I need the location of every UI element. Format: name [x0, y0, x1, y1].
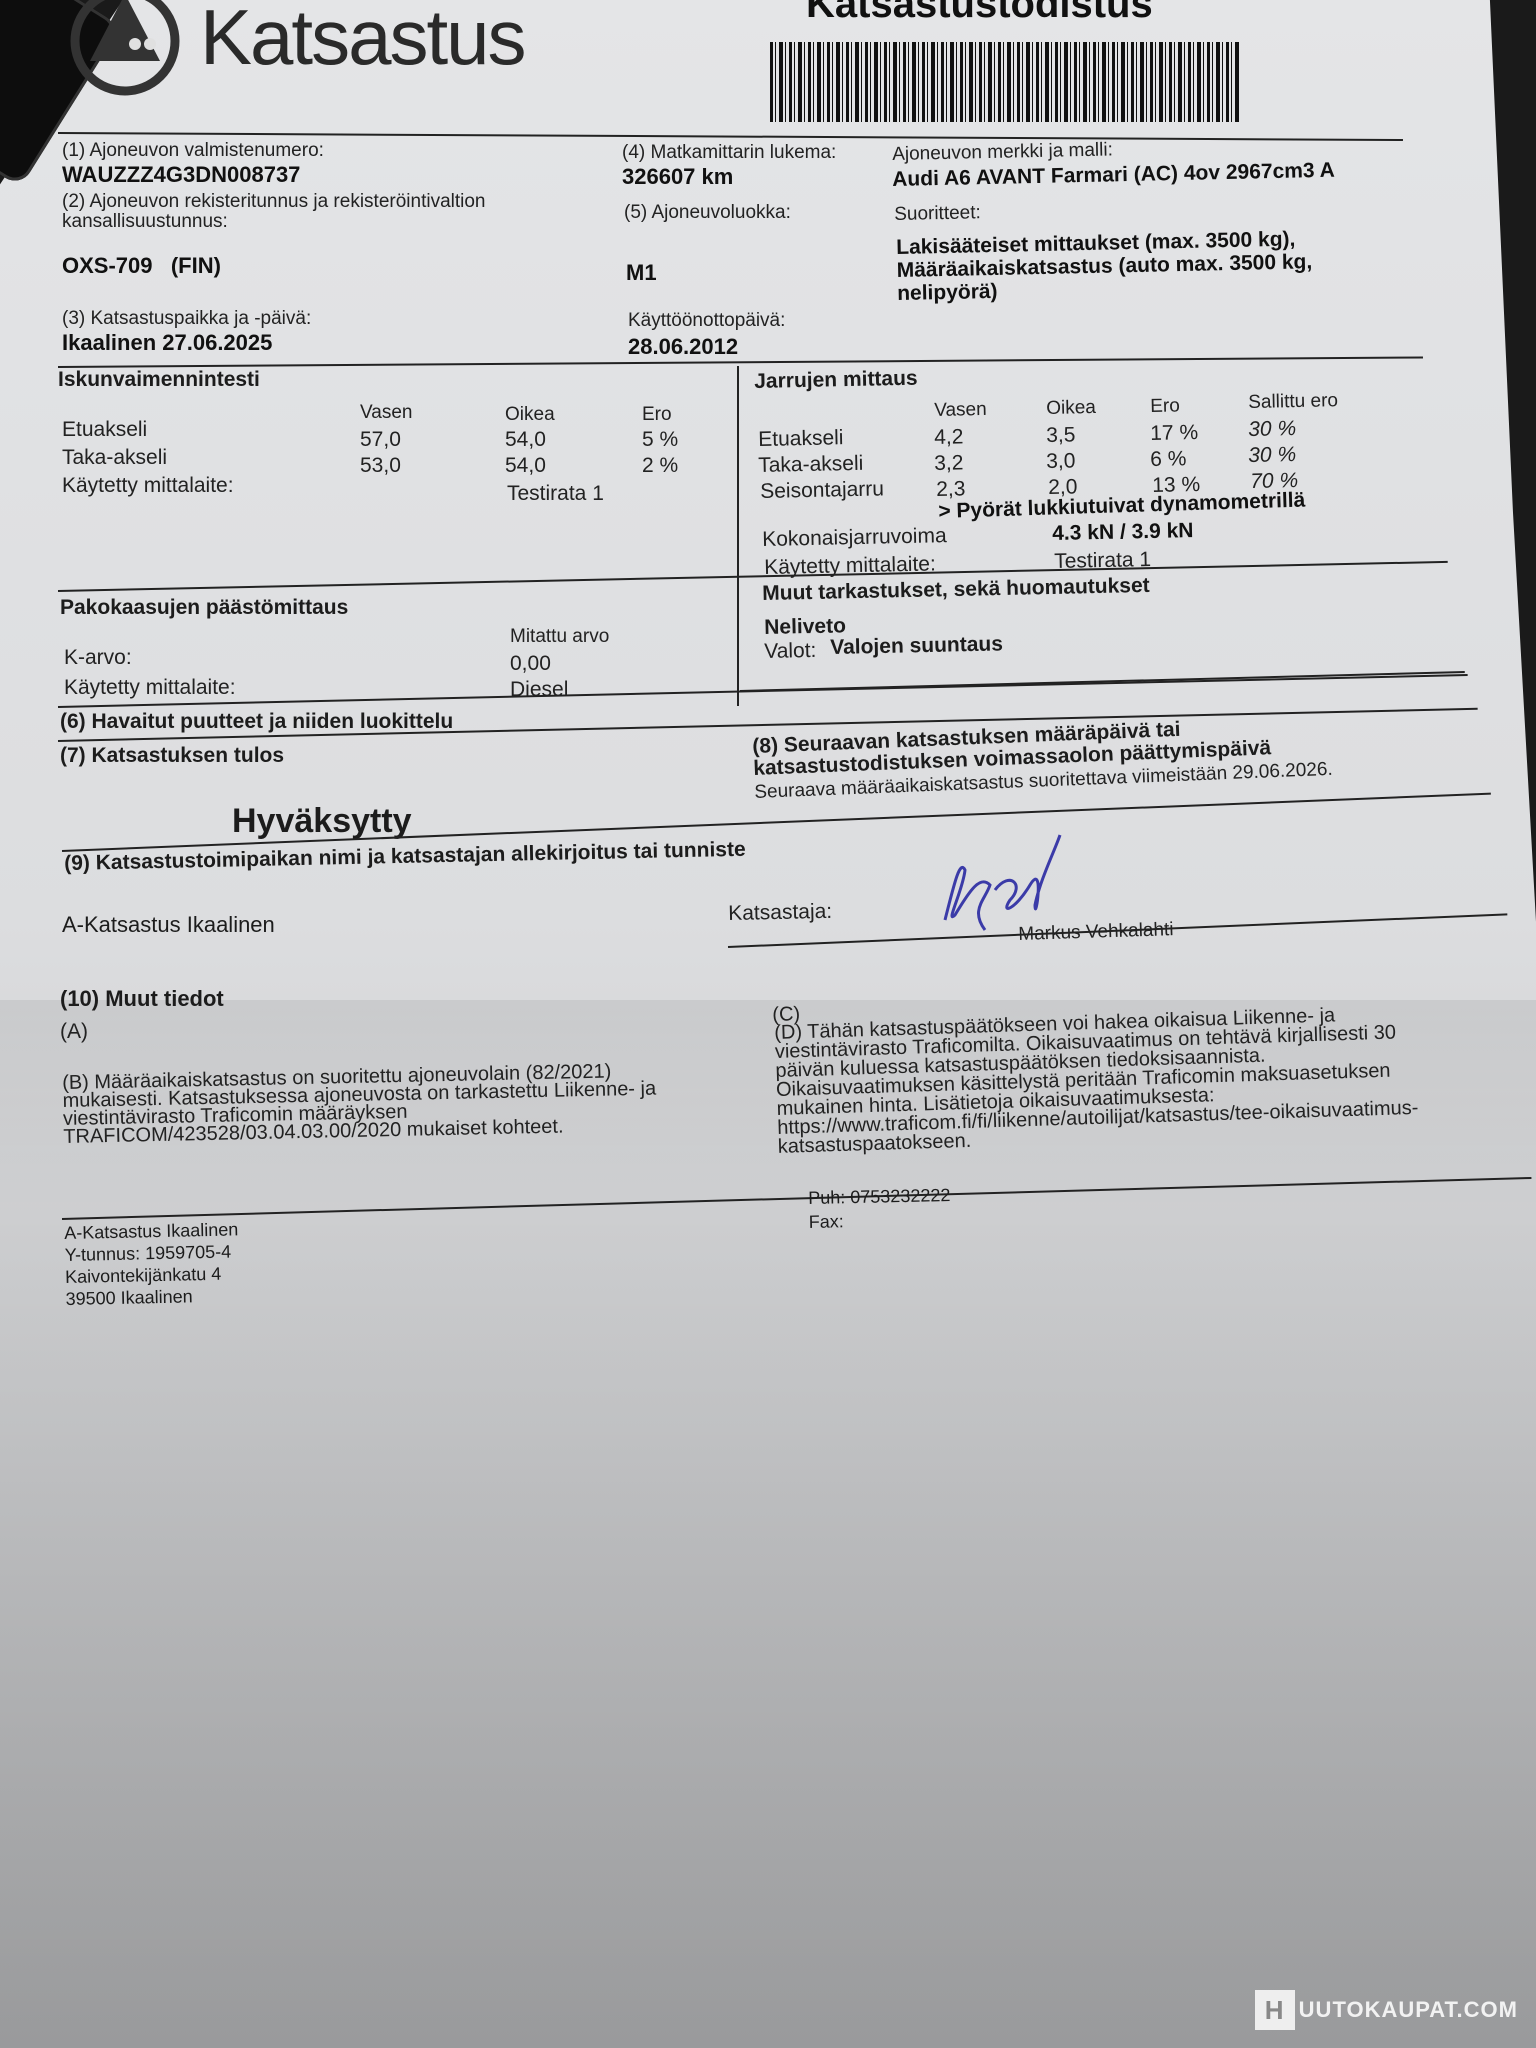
watermark-text: UUTOKAUPAT.COM [1299, 1997, 1518, 2023]
result-title: (7) Katsastuksen tulos [60, 744, 284, 768]
lights-value: Valojen suuntaus [830, 632, 1003, 660]
defects-title: (6) Havaitut puutteet ja niiden luokitte… [60, 710, 453, 734]
station-name: A-Katsastus Ikaalinen [62, 912, 275, 938]
total-brake-label: Kokonaisjarruvoima [762, 524, 947, 552]
brake-row-label: Taka-akseli [758, 452, 864, 478]
first-use-value: 28.06.2012 [628, 334, 738, 360]
brake-value: 3,5 [1046, 423, 1076, 448]
footer-contact: Puh: 0753232222 Fax: [808, 1183, 951, 1234]
registration-value: OXS-709 (FIN) [62, 253, 221, 279]
brake-row-label: Etuakseli [758, 426, 844, 452]
vin-label: (1) Ajoneuvon valmistenumero: [62, 140, 324, 162]
result-value: Hyväksytty [232, 802, 412, 841]
k-value-label: K-arvo: [64, 646, 132, 670]
lights-label: Valot: [764, 639, 817, 664]
brake-value: 3,0 [1046, 449, 1076, 474]
brake-col-diff: Ero [1150, 395, 1180, 418]
shock-value: 53,0 [360, 454, 401, 478]
a-katsastus-logo-icon [60, 0, 190, 111]
shock-test-title: Iskunvaimennintesti [58, 368, 260, 392]
shock-value: 54,0 [505, 428, 546, 452]
brake-value: 4,2 [934, 425, 964, 450]
other-info-b: (B) Määräaikaiskatsastus on suoritettu a… [62, 1062, 657, 1146]
brake-value: 3,2 [934, 451, 964, 476]
shock-device-value: Testirata 1 [507, 482, 604, 506]
services-list: Lakisääteiset mittaukset (max. 3500 kg),… [896, 227, 1313, 305]
shock-col-diff: Ero [642, 404, 672, 426]
inspector-label: Katsastaja: [728, 900, 832, 926]
shock-row-label: Taka-akseli [62, 446, 167, 470]
brake-col-allowed: Sallittu ero [1248, 390, 1338, 414]
total-brake-value: 4.3 kN / 3.9 kN [1052, 519, 1194, 546]
other-info-d: (D) Tähän katsastuspäätökseen voi hakea … [774, 1004, 1419, 1157]
shock-col-right: Oikea [505, 404, 555, 426]
vin-value: WAUZZZ4G3DN008737 [62, 162, 300, 188]
first-use-label: Käyttöönottopäivä: [628, 310, 785, 332]
barcode-icon [770, 42, 1240, 122]
odometer-value: 326607 km [622, 164, 733, 190]
other-info-title: (10) Muut tiedot [60, 986, 224, 1012]
shock-value: 2 % [642, 454, 678, 478]
place-date-label: (3) Katsastuspaikka ja -päivä: [62, 308, 311, 330]
shock-value: 54,0 [505, 454, 546, 478]
paper-fold-shadow [0, 1000, 1536, 2048]
huutokaupat-watermark: H UUTOKAUPAT.COM [1255, 1990, 1518, 2030]
brake-test-title: Jarrujen mittaus [754, 367, 918, 394]
footer-city: 39500 Ikaalinen [65, 1284, 240, 1310]
services-label: Suoritteet: [894, 202, 981, 226]
brake-value: 30 % [1248, 443, 1296, 468]
logo-text: Katsastus [200, 0, 525, 83]
emission-device-label: Käytetty mittalaite: [64, 676, 236, 700]
brake-row-label: Seisontajarru [760, 477, 884, 504]
footer-phone: Puh: 0753232222 [808, 1183, 951, 1210]
vehicle-class-value: M1 [626, 260, 657, 286]
shock-col-left: Vasen [360, 402, 412, 424]
column-divider [737, 366, 739, 706]
odometer-label: (4) Matkamittarin lukema: [622, 142, 836, 164]
k-value: 0,00 [510, 652, 551, 676]
document-title: Katsastustodistus [806, 0, 1153, 27]
shock-value: 57,0 [360, 428, 401, 452]
brake-value: 30 % [1248, 417, 1296, 442]
other-info-a: (A) [60, 1020, 88, 1044]
shock-value: 5 % [642, 428, 678, 452]
shock-row-label: Etuakseli [62, 418, 147, 442]
huutokaupat-logo-icon: H [1255, 1990, 1295, 2030]
place-date-value: Ikaalinen 27.06.2025 [62, 330, 272, 356]
emission-device-value: Diesel [510, 678, 568, 702]
registration-label: (2) Ajoneuvon rekisteritunnus ja rekiste… [62, 192, 582, 232]
make-model-label: Ajoneuvon merkki ja malli: [892, 139, 1113, 166]
footer-address: A-Katsastus Ikaalinen Y-tunnus: 1959705-… [64, 1218, 240, 1310]
footer-street: Kaivontekijänkatu 4 [65, 1262, 240, 1288]
vehicle-class-label: (5) Ajoneuvoluokka: [624, 202, 791, 224]
brake-value: 6 % [1150, 447, 1187, 472]
brake-value: 17 % [1150, 421, 1198, 446]
emission-title: Pakokaasujen päästömittaus [60, 596, 348, 620]
footer-fax: Fax: [809, 1207, 952, 1234]
measured-value-label: Mitattu arvo [510, 626, 609, 648]
brake-col-right: Oikea [1046, 397, 1096, 420]
shock-device-label: Käytetty mittalaite: [62, 474, 234, 498]
brake-col-left: Vasen [934, 399, 987, 422]
